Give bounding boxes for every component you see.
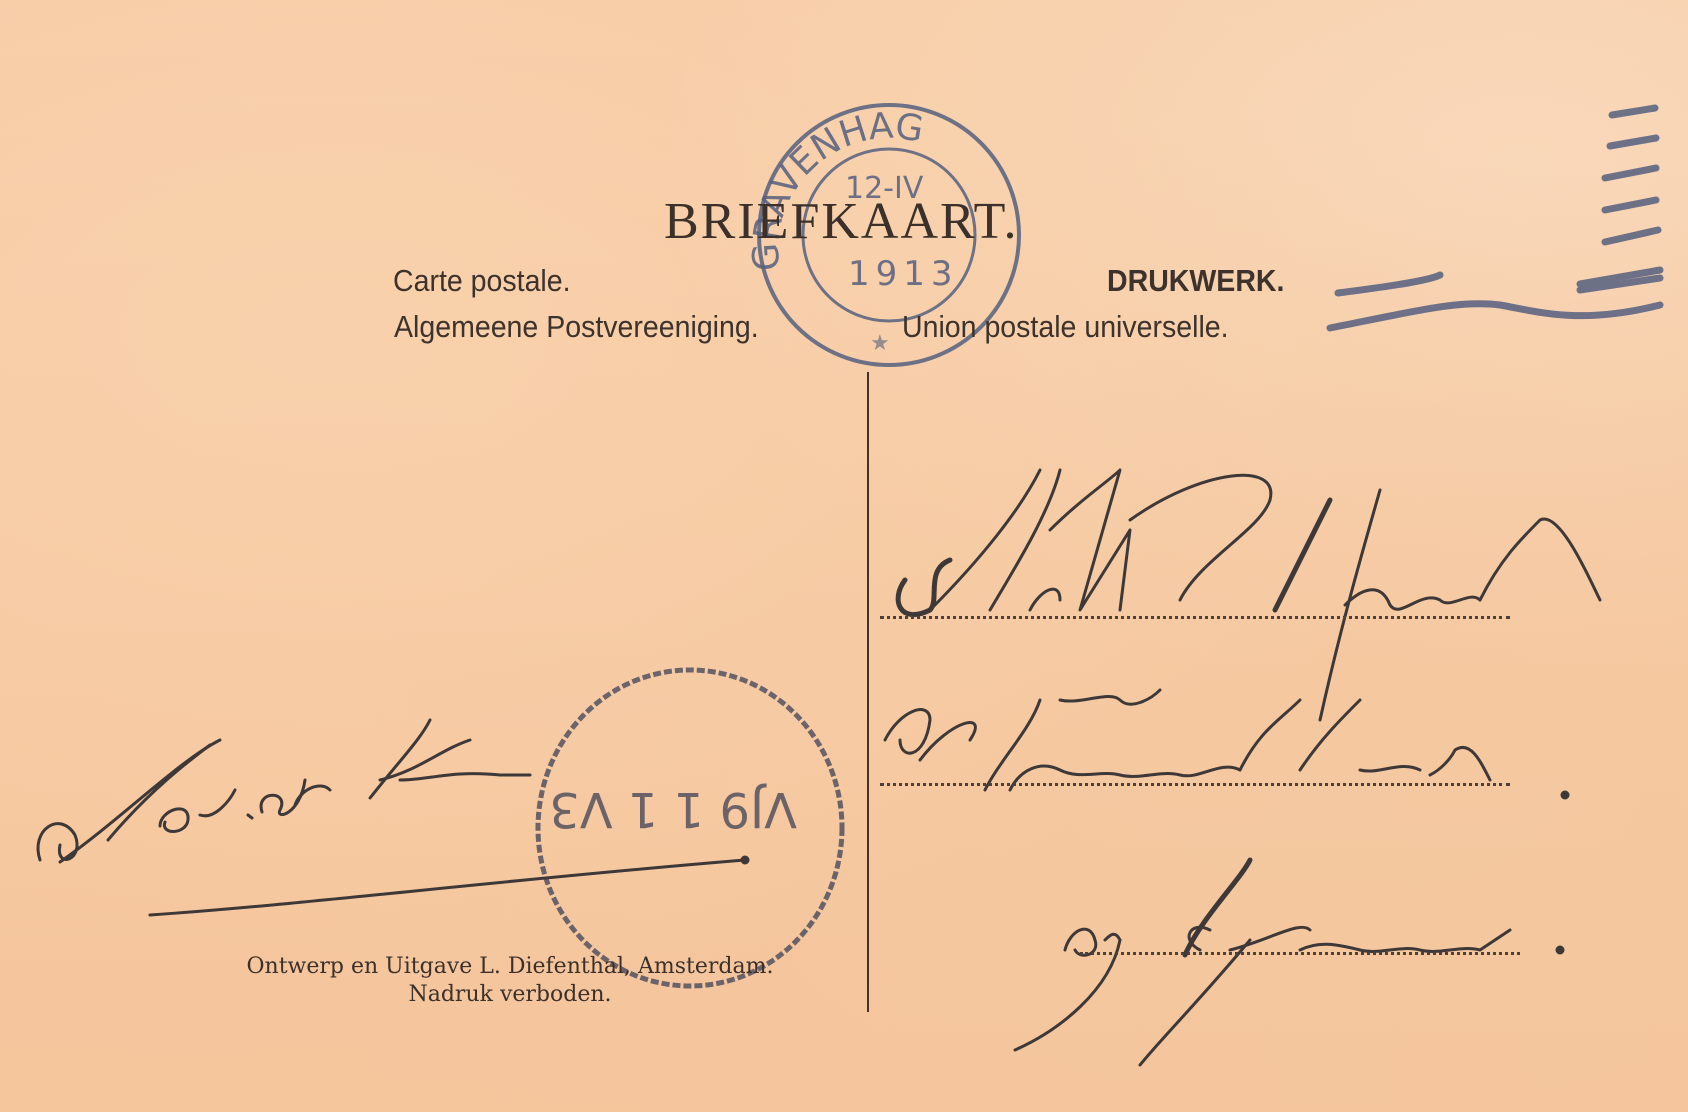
cancel-lines <box>1330 108 1660 328</box>
publisher-line: Ontwerp en Uitgave L. Diefenthal, Amster… <box>150 953 870 981</box>
center-divider <box>867 372 869 1012</box>
address-line-1 <box>880 616 1510 619</box>
subtitle-carte-postale: Carte postale. <box>393 263 571 299</box>
handwriting-address <box>885 470 1600 1065</box>
postcard-marks: GRAVENHAG 12-IV 1913 ★ VJ9 1 1 V3 <box>0 0 1688 1112</box>
address-line-2 <box>880 783 1510 786</box>
postmark-bottom: VJ9 1 1 V3 <box>538 670 842 986</box>
svg-text:★: ★ <box>870 331 890 356</box>
subtitle-drukwerk: DRUKWERK. <box>1107 263 1284 299</box>
address-line-3 <box>1080 952 1520 955</box>
subtitle-union: Union postale universelle. <box>902 309 1229 345</box>
subtitle-algemeene: Algemeene Postvereeniging. <box>394 309 759 345</box>
publisher-footer: Ontwerp en Uitgave L. Diefenthal, Amster… <box>150 953 870 1009</box>
reprint-notice: Nadruk verboden. <box>150 981 870 1009</box>
svg-text:VJ9 1 1 V3: VJ9 1 1 V3 <box>549 781 797 837</box>
postcard-title: BRIEFKAART. <box>664 192 1019 251</box>
postcard-back: GRAVENHAG 12-IV 1913 ★ VJ9 1 1 V3 <box>0 0 1688 1112</box>
svg-text:1913: 1913 <box>848 254 959 294</box>
